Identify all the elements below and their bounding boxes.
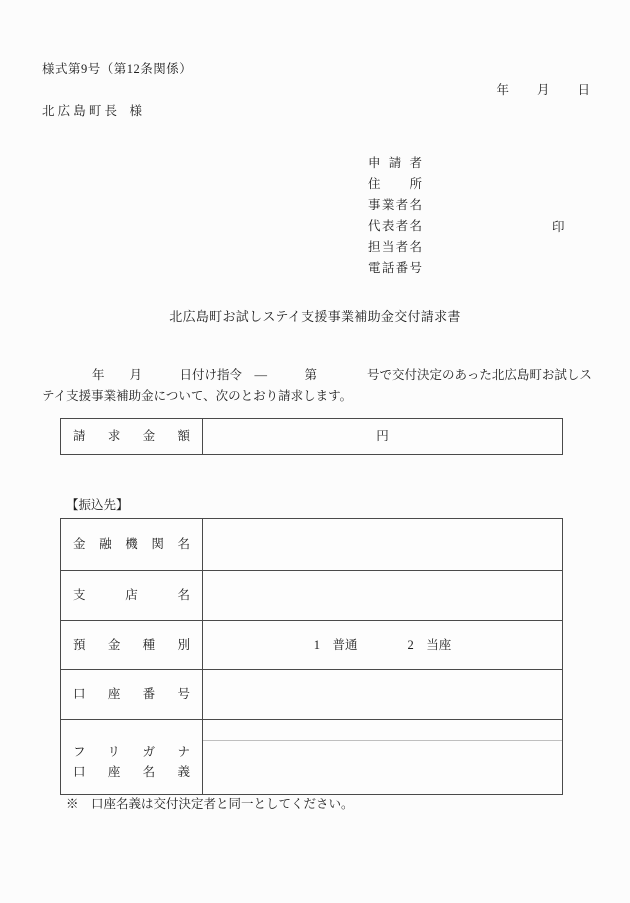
date-month-label: 月 (537, 84, 550, 97)
applicant-label: 電話番号 (368, 262, 422, 275)
body-line-2: テイ支援事業補助金について、次のとおり請求します。 (42, 386, 602, 407)
bank-name-label-cell: 金融機関名 (61, 519, 203, 570)
date-line: 年 月 日 (496, 84, 590, 97)
applicant-label: 事業者名 (368, 199, 422, 212)
branch-name-value-cell (203, 571, 562, 620)
applicant-row-shinseisha: 申請者 (368, 157, 422, 178)
furigana-divider-line (203, 740, 562, 741)
body-line-1: 年 月 日付け指令 ― 第 号で交付決定のあった北広島町お試しス (42, 365, 602, 386)
amount-label-cell: 請求金額 (61, 419, 203, 454)
applicant-row-representative: 代表者名 (368, 220, 422, 241)
amount-value-cell: 円 (203, 419, 562, 454)
applicant-row-address: 住所 (368, 178, 422, 199)
date-day-label: 日 (577, 84, 590, 97)
furigana-label: フリガナ (73, 742, 190, 762)
document-title: 北広島町お試しステイ支援事業補助金交付請求書 (0, 310, 630, 323)
account-number-label: 口座番号 (73, 688, 190, 701)
applicant-row-phone: 電話番号 (368, 262, 422, 283)
branch-name-label-cell: 支店名 (61, 571, 203, 620)
addressee: 北 広 島 町 長 様 (42, 105, 142, 118)
branch-name-label: 支店名 (73, 589, 190, 602)
body-paragraph: 年 月 日付け指令 ― 第 号で交付決定のあった北広島町お試しス テイ支援事業補… (42, 365, 602, 407)
applicant-block: 申請者 住所 事業者名 代表者名 担当者名 電話番号 (368, 157, 422, 283)
table-row-bank-name: 金融機関名 (61, 519, 562, 571)
account-holder-label-cell: フリガナ 口座名義 (61, 720, 203, 794)
applicant-row-contact-person: 担当者名 (368, 241, 422, 262)
applicant-label: 担当者名 (368, 241, 422, 254)
applicant-label: 代表者名 (368, 220, 422, 233)
bank-name-value-cell (203, 519, 562, 570)
form-number: 様式第9号（第12条関係） (42, 63, 192, 76)
deposit-type-label: 預金種別 (73, 639, 190, 652)
table-row-branch-name: 支店名 (61, 571, 562, 621)
footnote: ※ 口座名義は交付決定者と同一としてください。 (66, 798, 354, 811)
transfer-table: 金融機関名 支店名 預金種別 1 普通 2 当座 口座番号 (60, 518, 563, 795)
account-number-value-cell (203, 670, 562, 719)
applicant-row-business-name: 事業者名 (368, 199, 422, 220)
account-holder-value-cell (203, 720, 562, 794)
account-number-label-cell: 口座番号 (61, 670, 203, 719)
transfer-heading: 【振込先】 (66, 499, 129, 512)
account-holder-label: 口座名義 (73, 762, 190, 782)
applicant-label: 住所 (368, 178, 422, 191)
deposit-type-options: 1 普通 2 当座 (314, 639, 452, 652)
applicant-label: 申請者 (368, 157, 422, 170)
form-page: 様式第9号（第12条関係） 年 月 日 北 広 島 町 長 様 申請者 住所 事… (0, 0, 630, 903)
amount-table: 請求金額 円 (60, 418, 563, 455)
seal-mark: 印 (552, 221, 565, 234)
amount-unit-label: 円 (376, 430, 389, 443)
bank-name-label: 金融機関名 (73, 538, 190, 551)
amount-label: 請求金額 (73, 430, 190, 443)
deposit-type-value-cell: 1 普通 2 当座 (203, 621, 562, 669)
table-row-deposit-type: 預金種別 1 普通 2 当座 (61, 621, 562, 670)
table-row-account-holder: フリガナ 口座名義 (61, 720, 562, 794)
date-year-label: 年 (496, 84, 509, 97)
deposit-type-label-cell: 預金種別 (61, 621, 203, 669)
table-row-account-number: 口座番号 (61, 670, 562, 720)
